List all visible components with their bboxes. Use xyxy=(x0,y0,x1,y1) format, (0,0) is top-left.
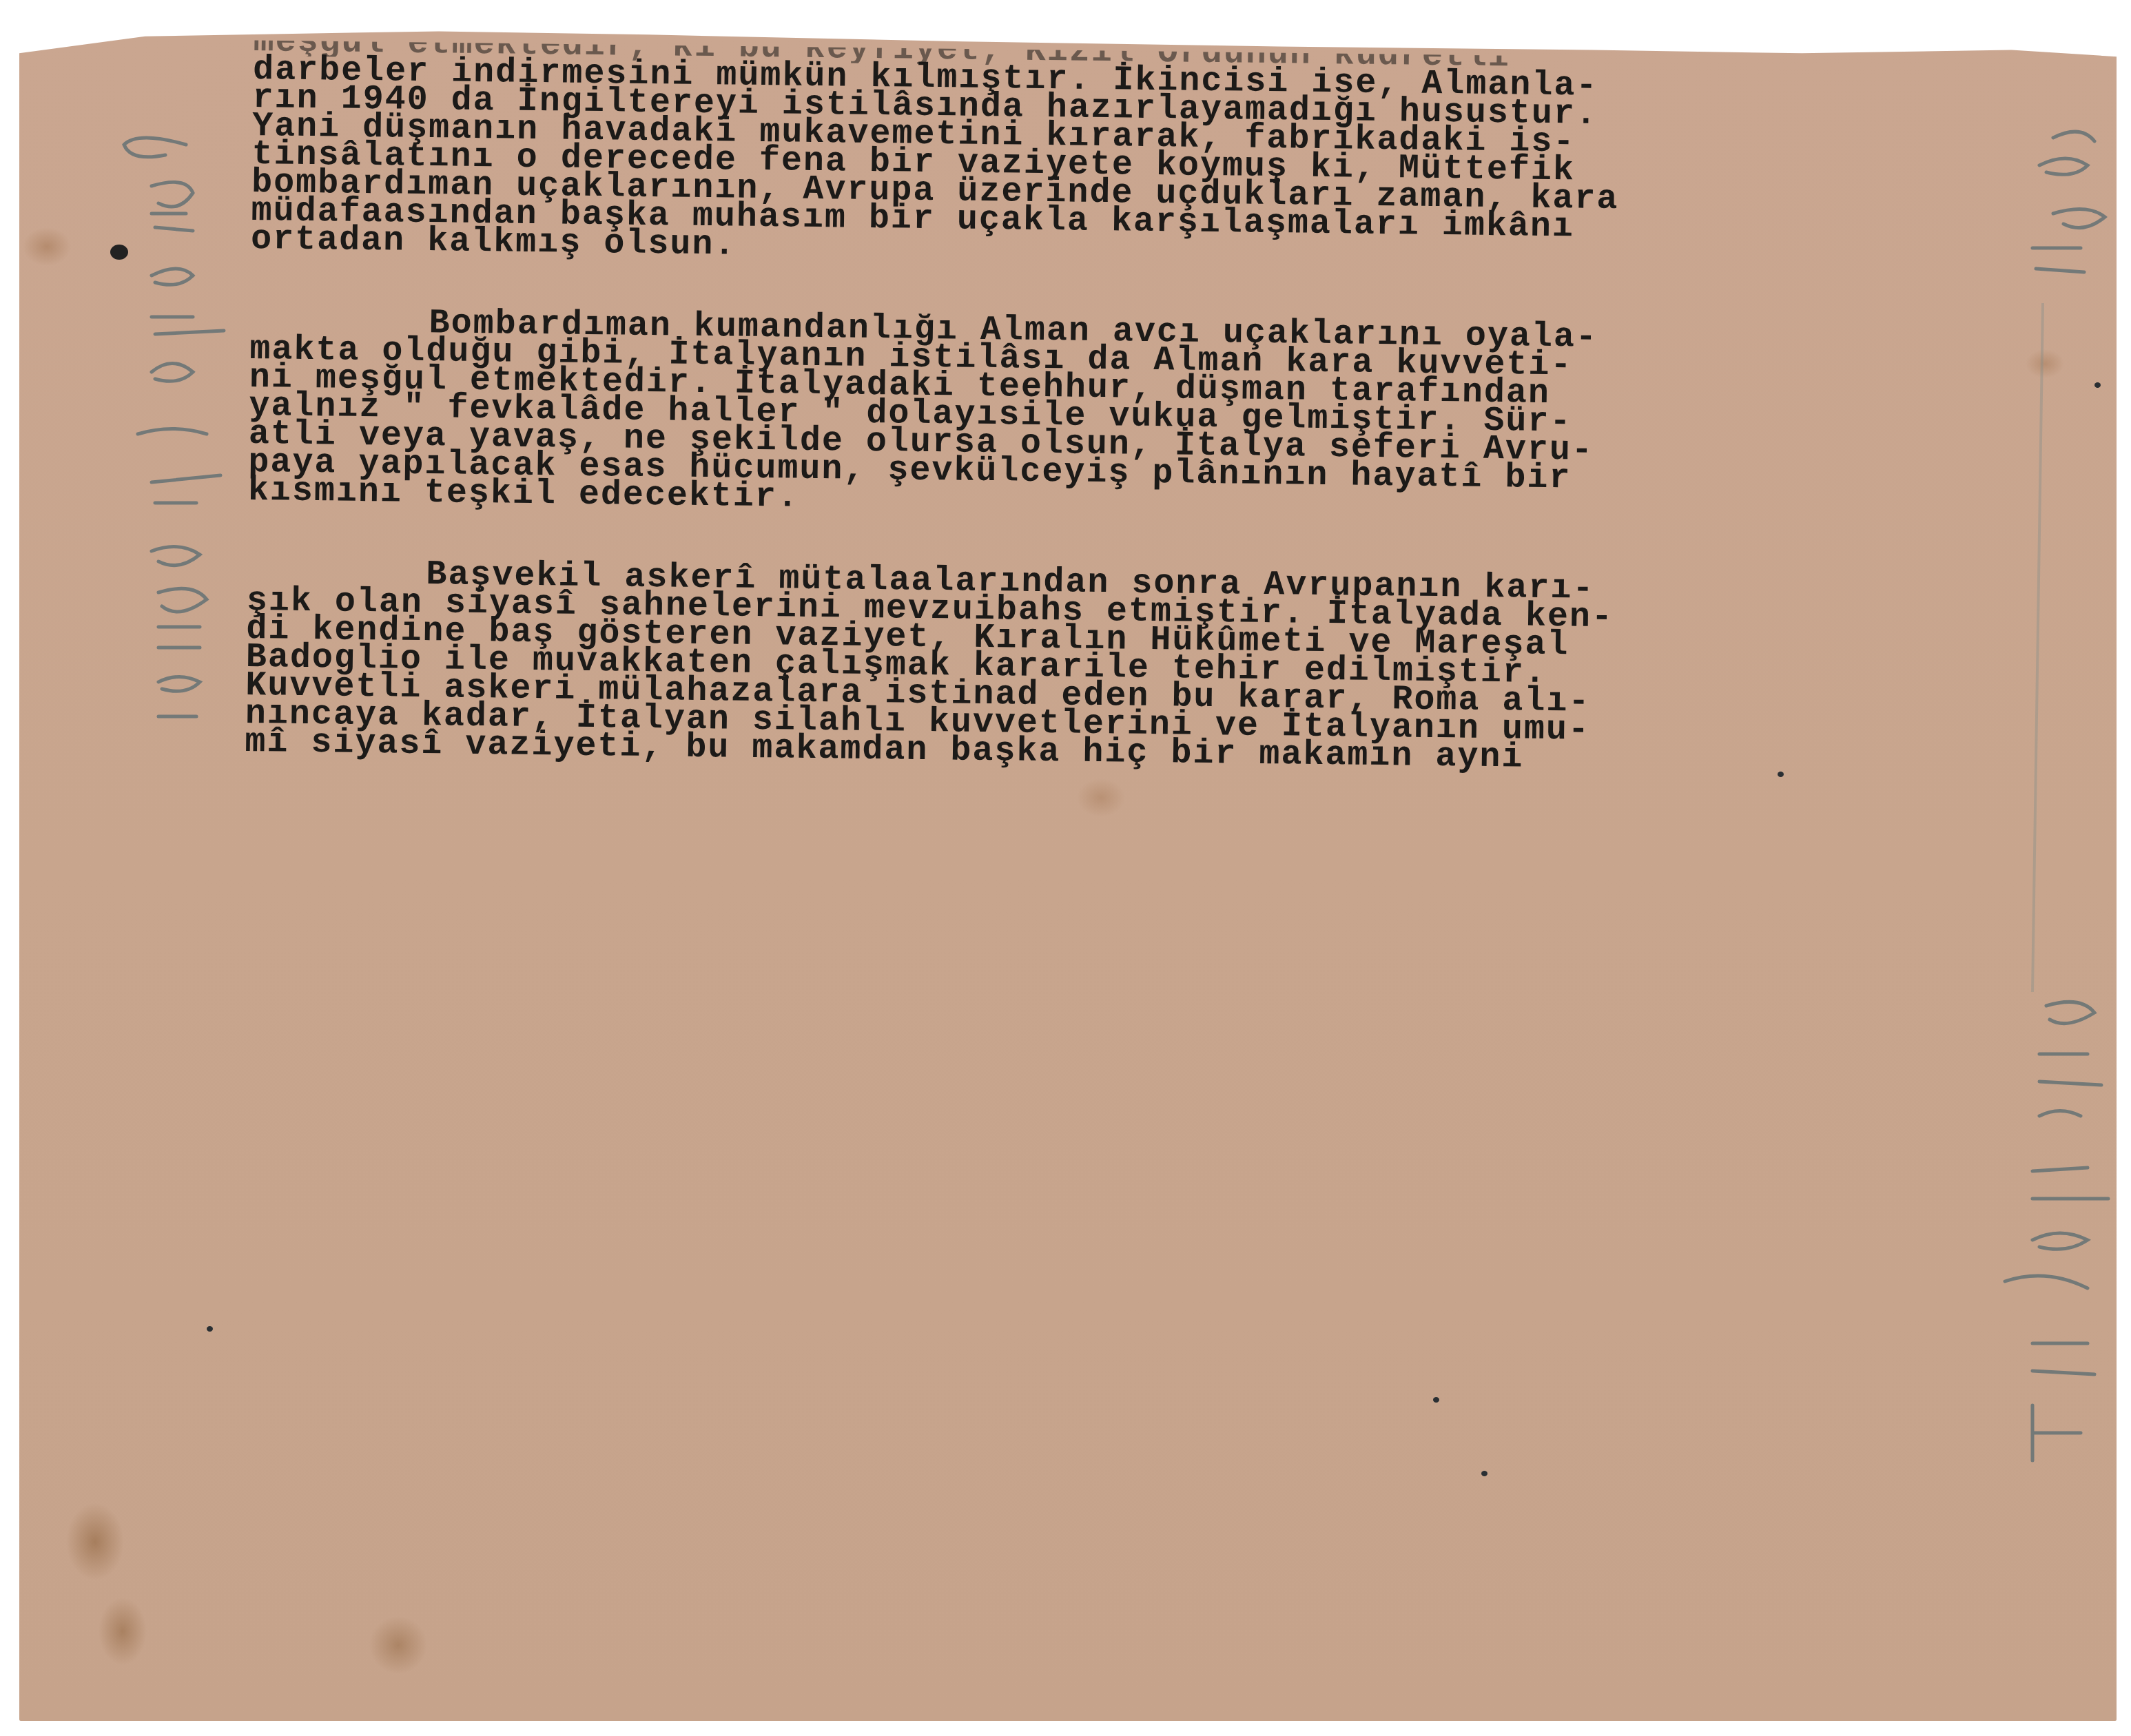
left-margin-handwriting xyxy=(90,96,241,1061)
ink-speck xyxy=(207,1326,213,1332)
paragraph-3: Başvekil askerî mütalaalarından sonra Av… xyxy=(245,559,1969,778)
ink-dot xyxy=(110,245,128,260)
paragraph-2: Bombardıman kumandanlığı Alman avcı uçak… xyxy=(248,307,1973,526)
ink-speck xyxy=(1481,1471,1487,1476)
ink-speck xyxy=(1433,1397,1439,1403)
paragraph-1: meşgul etmektedir, ki bu keyfiyet, Kızıl… xyxy=(251,28,1976,275)
typewritten-text: meşgul etmektedir, ki bu keyfiyet, Kızıl… xyxy=(244,28,1976,831)
right-margin-handwriting xyxy=(1991,96,2115,1681)
ink-speck xyxy=(2094,382,2101,388)
